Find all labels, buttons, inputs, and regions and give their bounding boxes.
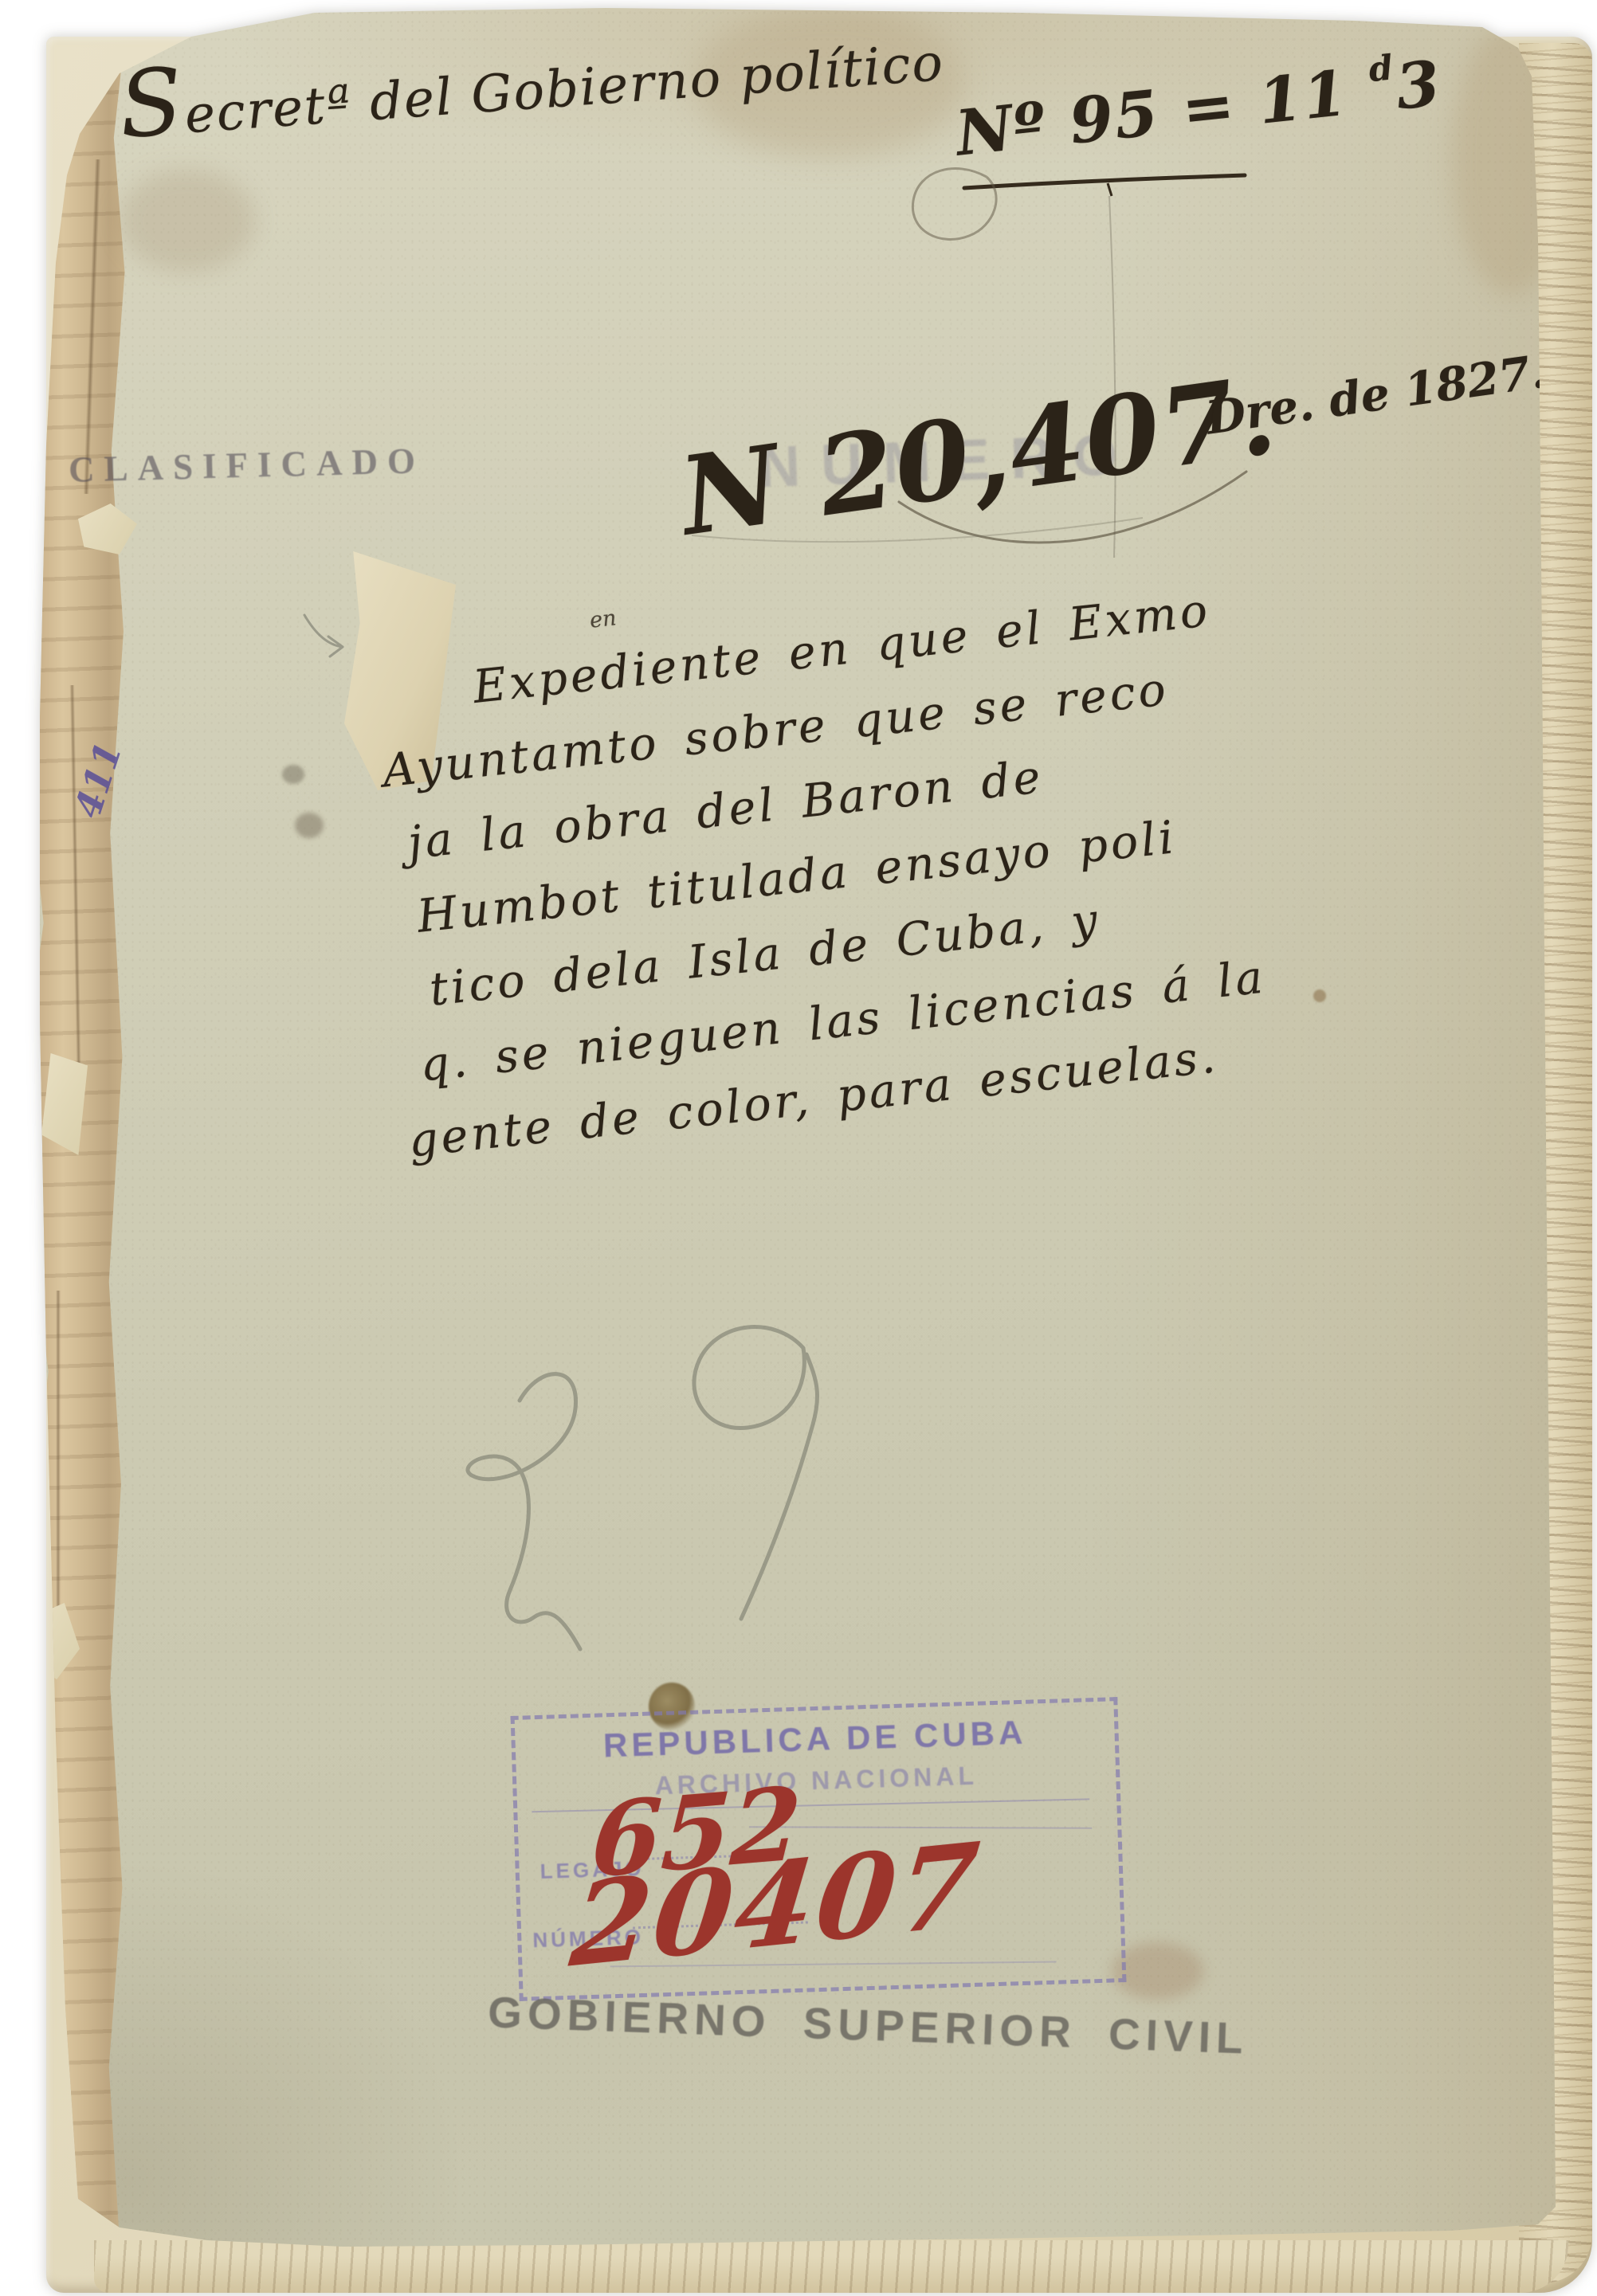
stain [295,813,324,838]
archive-stamp: REPUBLICA DE CUBA ARCHIVO NACIONAL LEGAJ… [511,1697,1127,2001]
spine-crease [56,1291,61,1657]
archival-folder-scan: 29 NUMERO Secretª del Gobierno político … [0,0,1597,2296]
file-number-digit: 3 [1393,47,1445,123]
body-text: Expediente en que el Exmo Ayuntamto sobr… [359,558,1403,1178]
page-stack-bottom-edge [94,2240,1568,2293]
stain [282,765,304,784]
document-cover: 29 NUMERO Secretª del Gobierno político … [0,0,1597,2296]
stain [120,169,255,272]
interline-note: en [588,605,617,633]
